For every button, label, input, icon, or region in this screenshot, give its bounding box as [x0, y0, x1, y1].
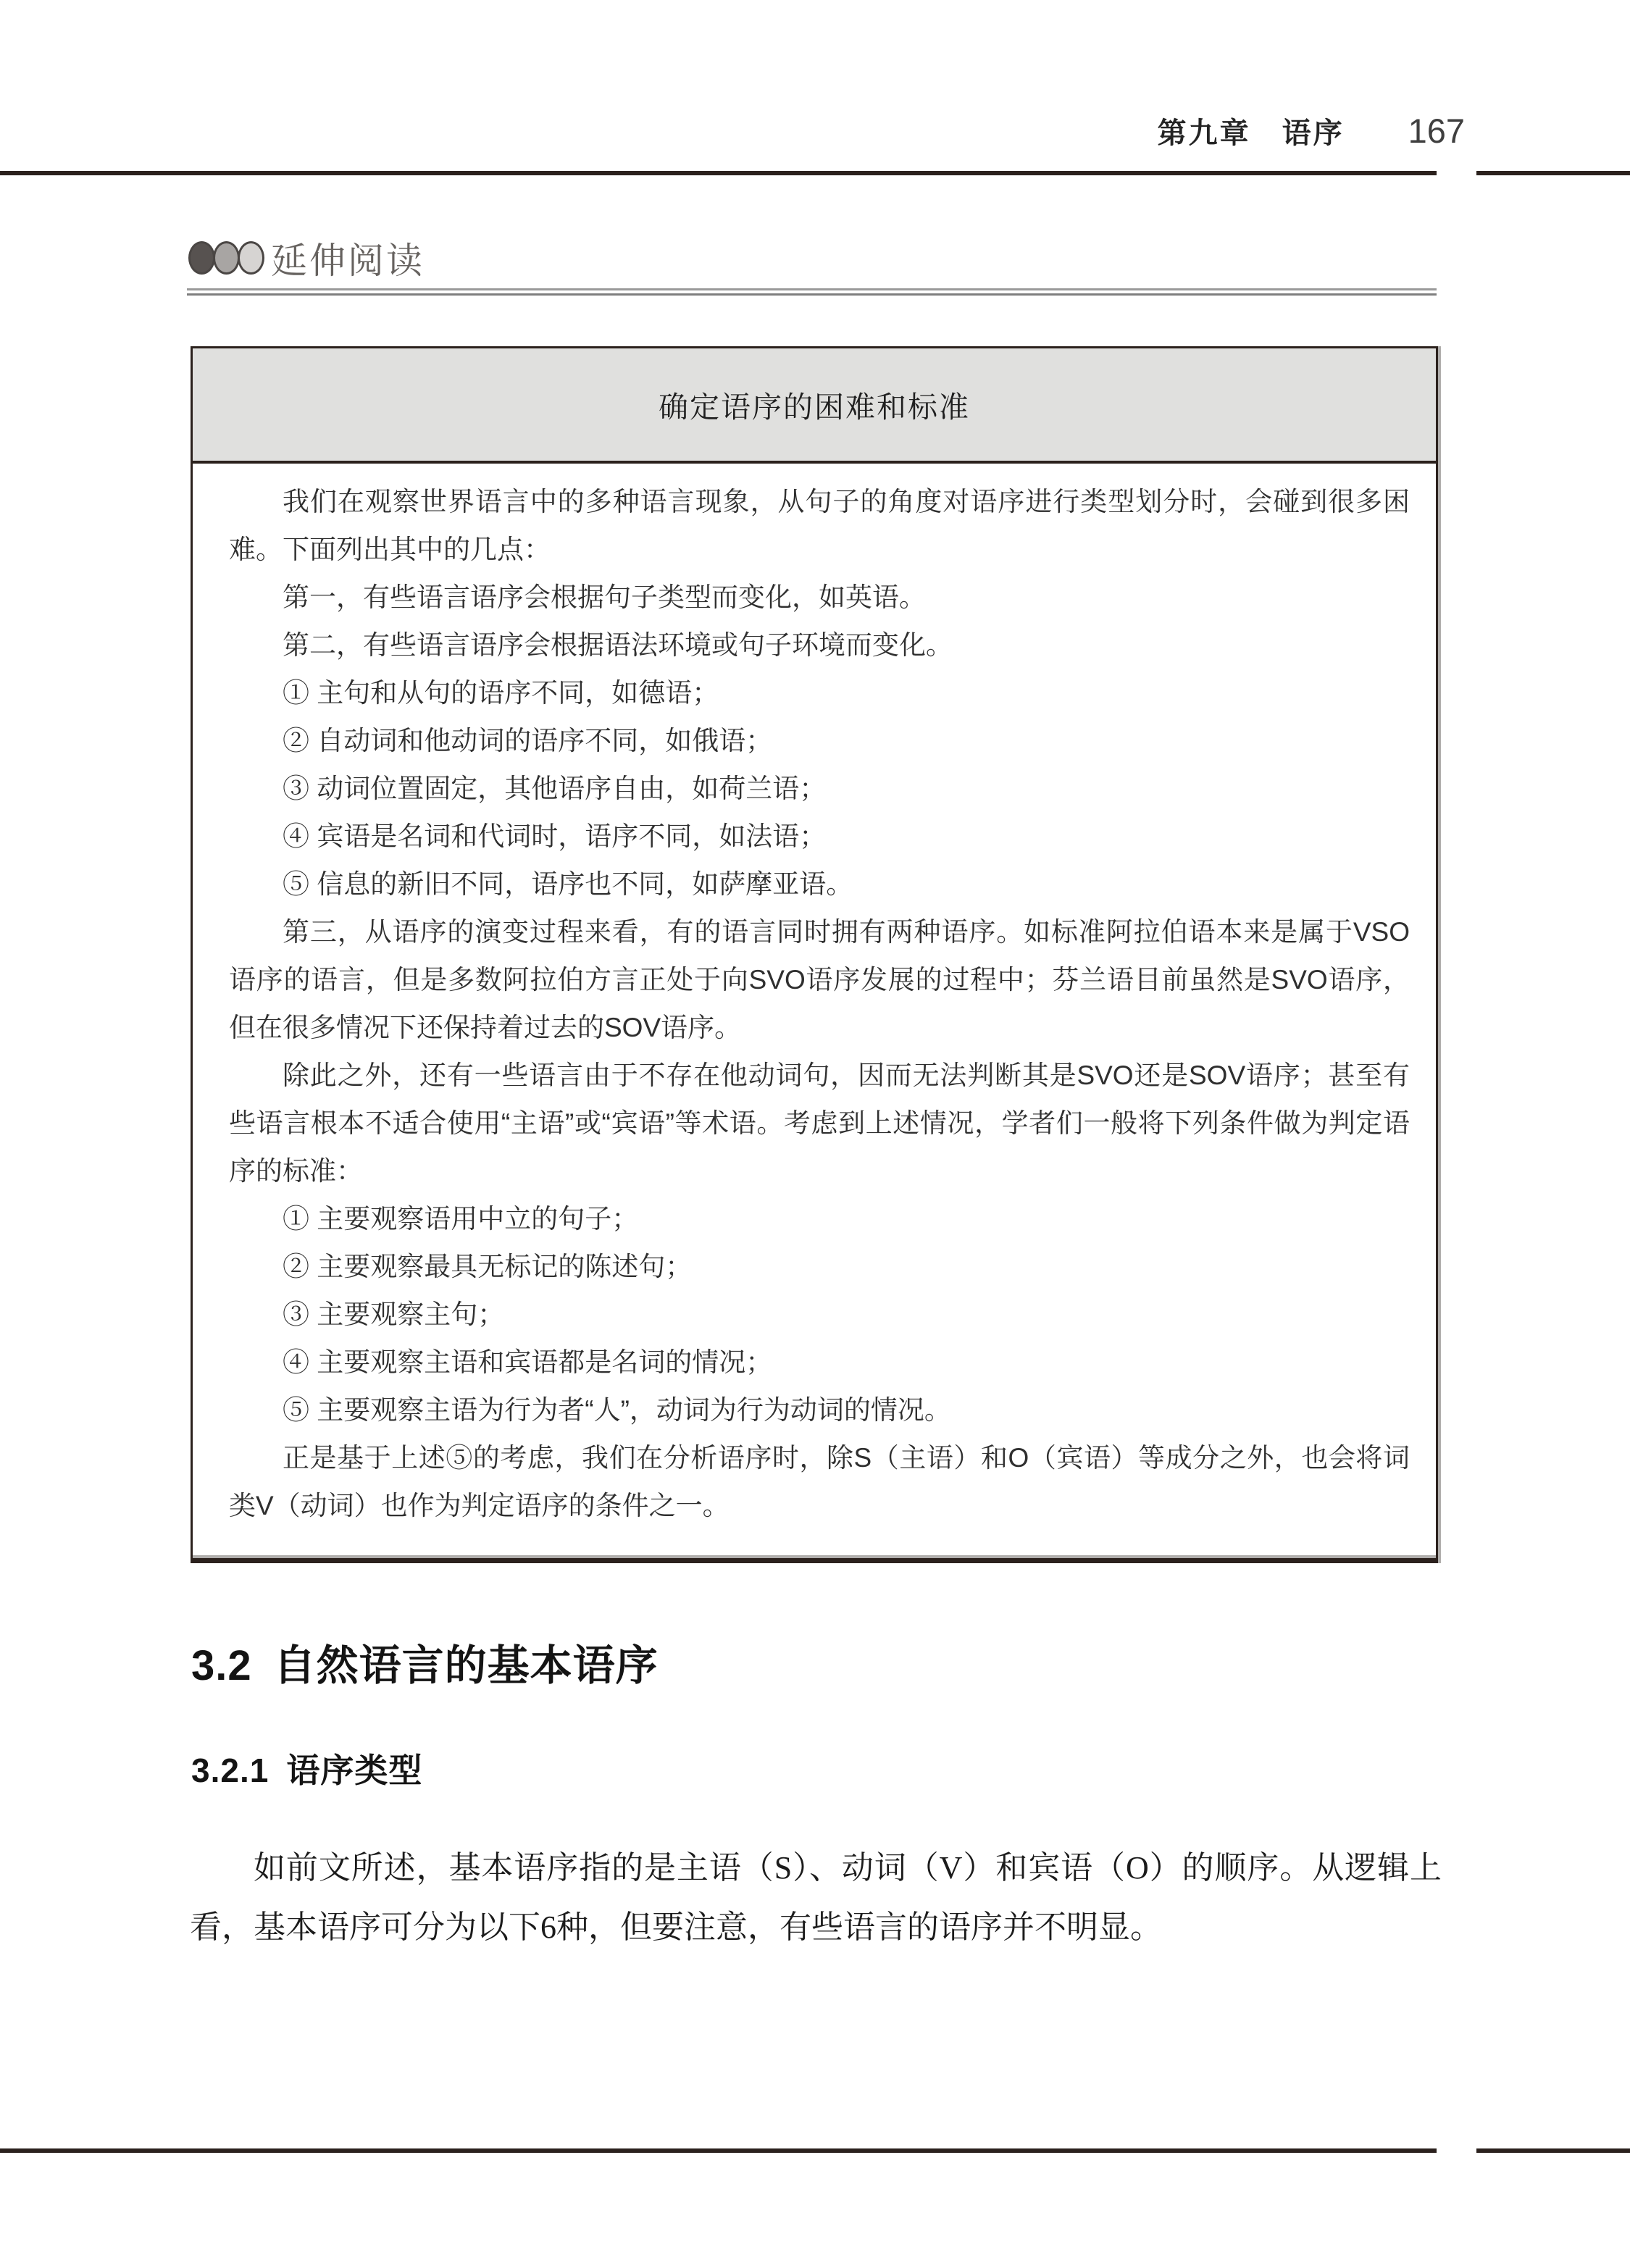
box-list-item: ① 主要观察语用中立的句子； — [229, 1195, 1410, 1243]
box-paragraph: 我们在观察世界语言中的多种语言现象，从句子的角度对语序进行类型划分时，会碰到很多… — [229, 478, 1410, 574]
running-head: 第九章 语序 167 — [0, 107, 1465, 154]
box-list-item: ③ 动词位置固定，其他语序自由，如荷兰语； — [229, 765, 1410, 813]
body-paragraph: 如前文所述，基本语序指的是主语（S）、动词（V）和宾语（O）的顺序。从逻辑上看，… — [190, 1838, 1442, 1957]
subsection-heading: 3.2.1语序类型 — [191, 1744, 422, 1792]
dot-dark-icon — [188, 241, 215, 275]
box-paragraph: 除此之外，还有一些语言由于不存在他动词句，因而无法判断其是SVO还是SOV语序；… — [229, 1052, 1410, 1195]
subsection-title: 语序类型 — [286, 1752, 422, 1789]
page-number: 167 — [1408, 111, 1465, 151]
box-list-item: ⑤ 信息的新旧不同，语序也不同，如萨摩亚语。 — [229, 861, 1410, 908]
footer-rule-left — [0, 2148, 1437, 2153]
box-list-item: ⑤ 主要观察主语为行为者“人”，动词为行为动词的情况。 — [229, 1386, 1410, 1434]
box-paragraph: 正是基于上述⑤的考虑，我们在分析语序时，除S（主语）和O（宾语）等成分之外，也会… — [229, 1434, 1410, 1530]
section-number: 3.2 — [191, 1642, 252, 1689]
box-paragraph: 第三，从语序的演变过程来看，有的语言同时拥有两种语序。如标准阿拉伯语本来是属于V… — [229, 908, 1410, 1052]
extended-reading-label: 延伸阅读 — [271, 232, 425, 284]
double-rule — [187, 288, 1437, 296]
box-list-item: ④ 主要观察主语和宾语都是名词的情况； — [229, 1339, 1410, 1386]
box-list-item: ② 主要观察最具无标记的陈述句； — [229, 1243, 1410, 1291]
dot-medium-icon — [213, 241, 240, 275]
header-rule-left — [0, 171, 1437, 175]
extended-reading-marker: 延伸阅读 — [188, 232, 425, 284]
footer-rule-right — [1476, 2148, 1630, 2153]
dot-light-icon — [238, 241, 264, 275]
reading-callout-box: 确定语序的困难和标准 我们在观察世界语言中的多种语言现象，从句子的角度对语序进行… — [191, 346, 1438, 1563]
header-rule-right — [1476, 171, 1630, 175]
box-list-item: ③ 主要观察主句； — [229, 1291, 1410, 1339]
section-heading: 3.2自然语言的基本语序 — [191, 1631, 659, 1692]
box-paragraph: 第二，有些语言语序会根据语法环境或句子环境而变化。 — [229, 622, 1410, 669]
box-body: 我们在观察世界语言中的多种语言现象，从句子的角度对语序进行类型划分时，会碰到很多… — [193, 464, 1436, 1530]
box-paragraph: 第一，有些语言语序会根据句子类型而变化，如英语。 — [229, 574, 1410, 622]
subsection-number: 3.2.1 — [191, 1752, 269, 1789]
section-title: 自然语言的基本语序 — [274, 1642, 659, 1689]
box-list-item: ④ 宾语是名词和代词时，语序不同，如法语； — [229, 813, 1410, 861]
book-page: 第九章 语序 167 延伸阅读 确定语序的困难和标准 我们在观察世界语言中的多种… — [0, 0, 1630, 2268]
box-list-item: ② 自动词和他动词的语序不同，如俄语； — [229, 717, 1410, 765]
chapter-title: 第九章 语序 — [1158, 110, 1345, 151]
box-list-item: ① 主句和从句的语序不同，如德语； — [229, 669, 1410, 717]
box-title: 确定语序的困难和标准 — [193, 348, 1436, 464]
